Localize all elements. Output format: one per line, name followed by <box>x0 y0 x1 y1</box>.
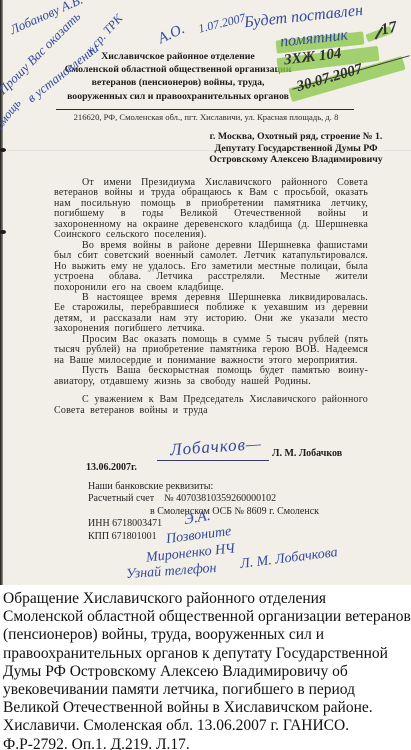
scanned-letter: Хиславичское районное отделение Смоленск… <box>0 0 411 585</box>
sender-address: 216620, РФ, Смоленская обл., пгт. Хислав… <box>46 112 366 122</box>
scan-artifact <box>0 230 6 234</box>
letterhead-line: вооруженных сил и правоохранительных орг… <box>28 90 328 103</box>
paragraph: Просим Вас оказать помощь в сумме 5 тыся… <box>54 335 368 366</box>
recipient-line: г. Москва, Охотный ряд, строение № 1. <box>190 131 402 143</box>
bank-account-line: Расчетный счет№ 40703810359260000102 <box>88 493 319 505</box>
letterhead-line: ветеранов (пенсионеров) войны, труда, <box>28 76 328 89</box>
caption-line: Хиславичи. Смоленская обл. 13.06.2007 г.… <box>3 717 409 735</box>
paragraph: Во время войны в районе деревни Шершневк… <box>54 241 368 293</box>
recipient-line: Депутату Государственной Думы РФ <box>190 143 402 155</box>
handwritten-note: помощь <box>0 96 24 137</box>
caption-line: Великой Отечественной войны в Хиславичск… <box>3 699 409 717</box>
bank-account-number: № 40703810359260000102 <box>154 493 276 504</box>
caption-line: (пенсионеров) войны, труда, вооруженных … <box>3 626 409 644</box>
caption-line: правоохранительных органов к депутату Го… <box>3 645 409 663</box>
archive-caption: Обращение Хиславичского районного отделе… <box>0 585 411 750</box>
handwritten-note: Узнай телефон <box>126 561 218 583</box>
caption-line: Думы РФ Островскому Алексею Владимирович… <box>3 663 409 681</box>
paragraph: Пусть Ваша бескорыстная помощь будет пам… <box>54 366 368 387</box>
caption-line: Смоленской областной общественной органи… <box>3 608 409 626</box>
bank-title: Наши банковские реквизиты: <box>88 481 319 493</box>
signatory-name: Л. М. Лобачков <box>272 448 342 459</box>
caption-line: Обращение Хиславичского районного отделе… <box>3 590 409 608</box>
letter-date: 13.06.2007г. <box>86 462 137 473</box>
signature-underline <box>157 460 269 461</box>
handwritten-date: 1.07.2007 <box>197 10 247 36</box>
document-page: Хиславичское районное отделение Смоленск… <box>0 0 411 750</box>
recipient-block: г. Москва, Охотный ряд, строение № 1. Де… <box>190 131 402 166</box>
paragraph: От имени Президиума Хиславичского районн… <box>54 178 368 241</box>
bank-account-label: Расчетный счет <box>88 493 154 504</box>
handwritten-signature: Лобачков— <box>169 434 262 460</box>
caption-line: увековечивании памяти летчика, погибшего… <box>3 681 409 699</box>
handwritten-initials: А.О. <box>156 21 188 48</box>
letter-body: От имени Президиума Хиславичского районн… <box>54 178 368 416</box>
paragraph: В настоящее время деревня Шершневка ликв… <box>54 293 368 335</box>
letterhead-divider <box>56 109 354 110</box>
closing-paragraph: С уважением к Вам Председатель Хиславичс… <box>54 395 368 416</box>
caption-line: Ф.Р-2792. Оп.1. Д.219. Л.17. <box>3 736 409 750</box>
handwritten-note: Л. М. Лобачкова <box>239 545 338 573</box>
recipient-line: Островскому Алексею Владимировичу <box>190 154 402 166</box>
